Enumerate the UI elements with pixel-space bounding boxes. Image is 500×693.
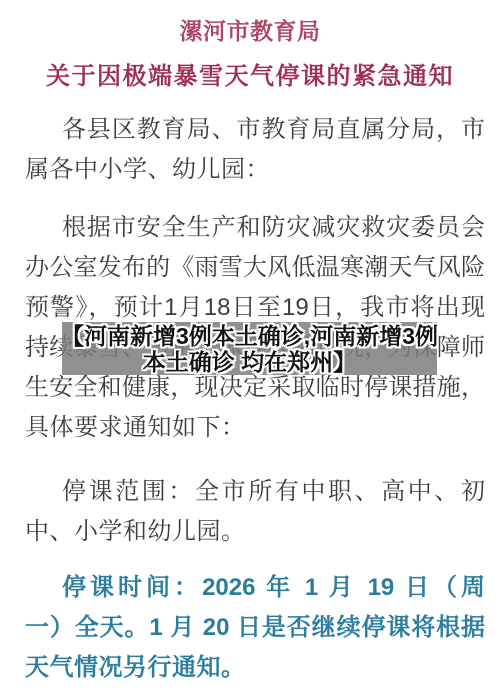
- notice-heading: 关于因极端暴雪天气停课的紧急通知: [0, 62, 500, 92]
- salutation-paragraph: 各县区教育局、市教育局直属分局，市 属各中小学、幼儿园：: [25, 110, 485, 190]
- text-line: 一）全天。1 月 20 日是否继续停课将根据: [25, 608, 485, 648]
- text-line: 根据市安全生产和防灾减灾救灾委员会: [25, 208, 485, 248]
- text-line: 停课时间：2026 年 1 月 19 日（周: [25, 568, 485, 608]
- overlay-text-line: 【河南新增3例本土确诊,河南新增3例: [61, 323, 438, 349]
- text-line: 各县区教育局、市教育局直属分局，市: [25, 110, 485, 150]
- text-line: 天气情况另行通知。: [25, 648, 485, 688]
- notice-page: 漯河市教育局 关于因极端暴雪天气停课的紧急通知 各县区教育局、市教育局直属分局，…: [0, 0, 500, 693]
- text-line: 办公室发布的《雨雪大风低温寒潮天气风险: [25, 248, 485, 288]
- overlay-text-line: 本土确诊 均在郑州】: [143, 349, 356, 375]
- text-line: 中、小学和幼儿园。: [25, 512, 485, 552]
- notice-body: 各县区教育局、市教育局直属分局，市 属各中小学、幼儿园： 根据市安全生产和防灾减…: [25, 110, 485, 688]
- time-paragraph: 停课时间：2026 年 1 月 19 日（周 一）全天。1 月 20 日是否继续…: [25, 568, 485, 688]
- text-line: 属各中小学、幼儿园：: [25, 150, 485, 190]
- text-line: 具体要求通知如下：: [25, 408, 485, 448]
- text-line: 停课范围：全市所有中职、高中、初: [25, 472, 485, 512]
- scope-paragraph: 停课范围：全市所有中职、高中、初 中、小学和幼儿园。: [25, 472, 485, 552]
- news-overlay-banner: 【河南新增3例本土确诊,河南新增3例 本土确诊 均在郑州】: [62, 322, 437, 375]
- notice-title: 漯河市教育局: [0, 16, 500, 46]
